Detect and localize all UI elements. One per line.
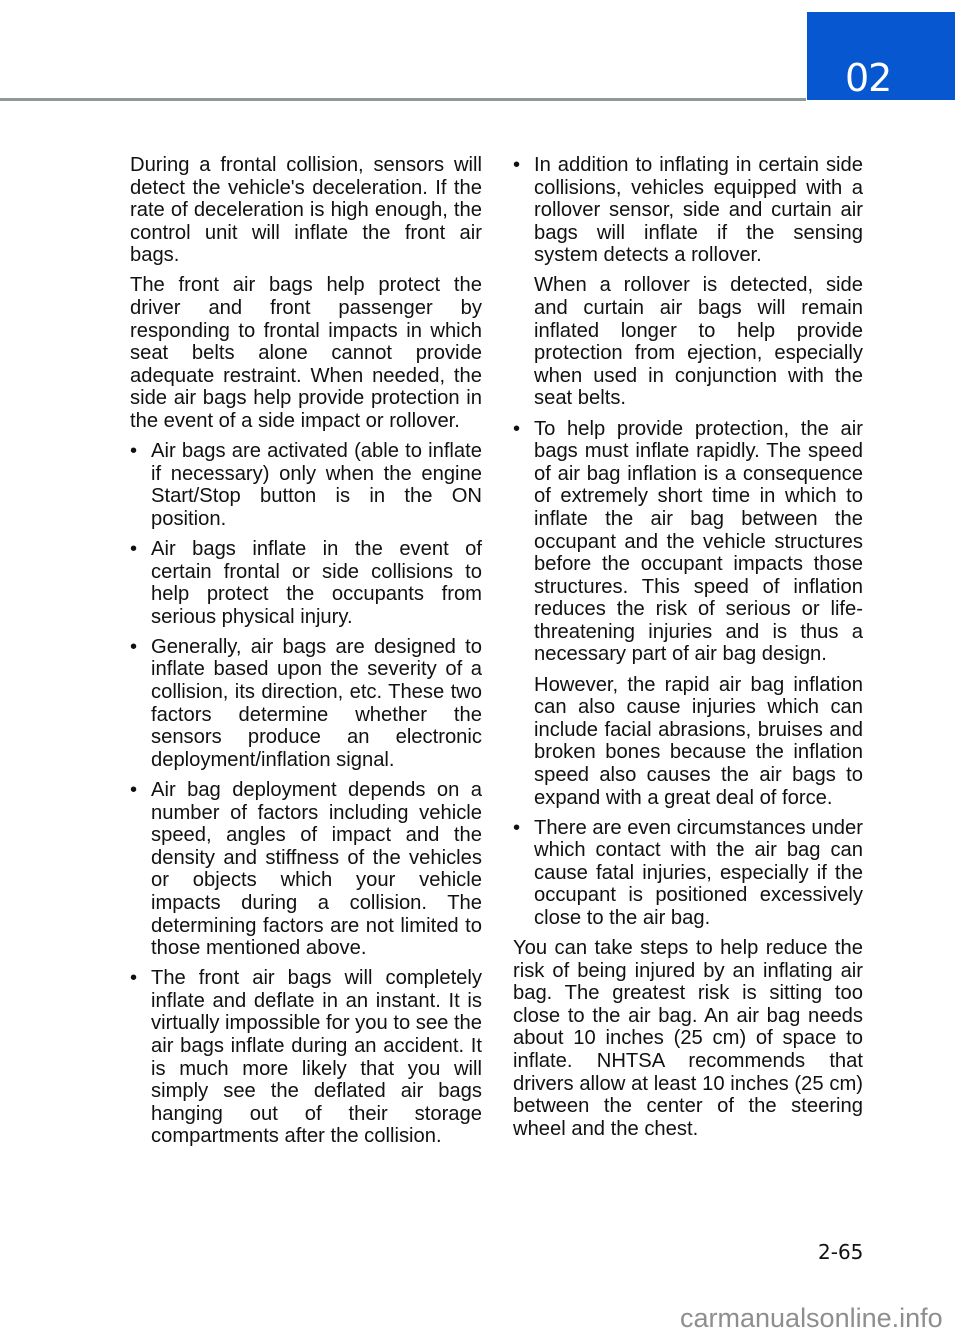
- bullet-icon: •: [130, 967, 137, 990]
- bullet-icon: •: [513, 418, 520, 441]
- bullet-icon: •: [130, 440, 137, 463]
- bullet-icon: •: [130, 538, 137, 561]
- watermark: carmanualsonline.info: [680, 1303, 943, 1334]
- bullet-item: •To help provide protection, the air bag…: [513, 418, 863, 667]
- right-column: •In addition to inflating in certain sid…: [513, 154, 863, 1148]
- bullet-item: •Generally, air bags are designed to inf…: [130, 636, 482, 772]
- chapter-tab: 02: [807, 12, 955, 100]
- page-number: 2-65: [818, 1240, 863, 1264]
- bullet-subparagraph: When a rollover is detected, side and cu…: [513, 274, 863, 410]
- left-column: During a frontal collision, sensors will…: [130, 154, 482, 1155]
- bullet-item: •There are even circumstances under whic…: [513, 817, 863, 930]
- bullet-item: •Air bags inflate in the event of certai…: [130, 538, 482, 628]
- bullet-icon: •: [130, 636, 137, 659]
- header-rule: [0, 98, 806, 101]
- front-airbags-paragraph: The front air bags help protect the driv…: [130, 274, 482, 432]
- bullet-icon: •: [130, 779, 137, 802]
- bullet-subparagraph: However, the rapid air bag inflation can…: [513, 674, 863, 810]
- bullet-item: •Air bag deployment depends on a number …: [130, 779, 482, 960]
- bullet-item: •The front air bags will completely infl…: [130, 967, 482, 1148]
- bullet-icon: •: [513, 154, 520, 177]
- chapter-number: 02: [845, 56, 891, 100]
- closing-paragraph: You can take steps to help reduce the ri…: [513, 937, 863, 1140]
- bullet-item: •In addition to inflating in certain sid…: [513, 154, 863, 267]
- bullet-item: •Air bags are activated (able to inflate…: [130, 440, 482, 530]
- bullet-icon: •: [513, 817, 520, 840]
- intro-paragraph: During a frontal collision, sensors will…: [130, 154, 482, 267]
